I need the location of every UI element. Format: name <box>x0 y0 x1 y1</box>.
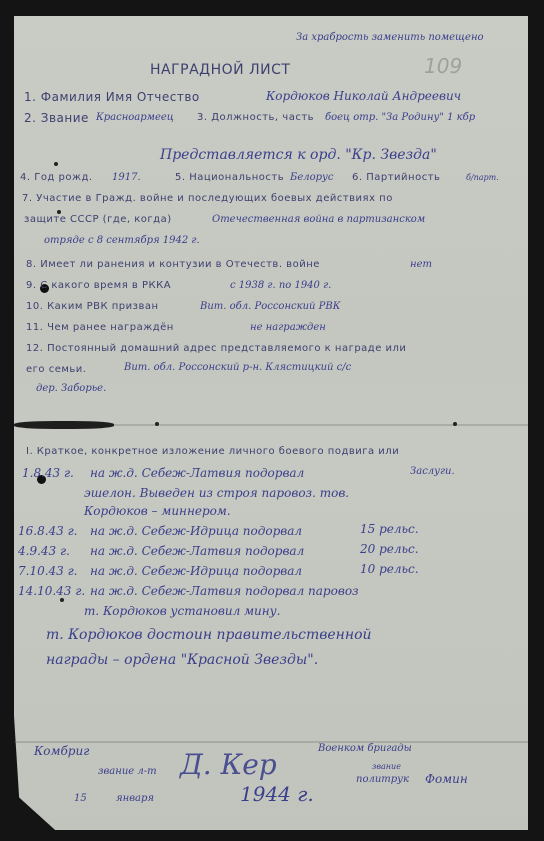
field-label-wounds: 8. Имеет ли ранения и контузии в Отечест… <box>26 259 320 270</box>
feat-date: 1.8.43 г. <box>22 466 74 480</box>
signature-commissar: Фомин <box>425 772 468 786</box>
field-label-address-a: 12. Постоянный домашний адрес представля… <box>26 343 406 354</box>
document-title: Наградной лист <box>150 62 290 78</box>
feat-extra: 10 рельс. <box>360 562 419 576</box>
field-label-birth-year: 4. Год рожд. <box>20 172 93 183</box>
archive-number: 109 <box>424 54 462 78</box>
paper-tear <box>14 421 114 429</box>
field-value-wounds: нет <box>410 259 432 270</box>
footer-left-rank: звание л-т <box>98 766 157 777</box>
footer-right-title: Военком бригады <box>318 743 412 754</box>
feat-date: 7.10.43 г. <box>18 564 78 578</box>
conclusion-line-2: награды – ордена "Красной Звезды". <box>46 652 318 668</box>
footer-right-rank-label: звание <box>372 762 401 771</box>
feat-text: на ж.д. Себеж-Идрица подорвал <box>90 564 302 578</box>
field-value-party: б/парт. <box>466 173 499 182</box>
feat-extra: 15 рельс. <box>360 522 419 536</box>
footer-right-rank: политрук <box>356 774 409 785</box>
ink-speck <box>54 162 58 166</box>
feat-text: Кордюков – миннером. <box>84 504 231 518</box>
feat-text: на ж.д. Себеж-Идрица подорвал <box>90 524 302 538</box>
field-value-rkka: с 1938 г. по 1940 г. <box>230 280 331 291</box>
field-value-name: Кордюков Николай Андреевич <box>266 89 461 103</box>
feat-date: 14.10.43 г. <box>18 584 85 598</box>
footer-left-title: Комбриг <box>34 744 89 758</box>
feat-date: 16.8.43 г. <box>18 524 78 538</box>
header-note: За храбрость заменить помещено <box>296 32 484 43</box>
field-label-service-b: защите СССР (где, когда) <box>24 214 172 225</box>
ink-speck <box>155 422 159 426</box>
feat-extra: 20 рельс. <box>360 542 419 556</box>
feat-text: на ж.д. Себеж-Латвия подорвал <box>90 466 304 480</box>
field-label-service-a: 7. Участие в Гражд. войне и последующих … <box>22 193 393 204</box>
feat-date: 4.9.43 г. <box>18 544 70 558</box>
field-value-rank: Красноармеец <box>96 112 174 123</box>
signature-commander: Д. Кер <box>180 748 277 781</box>
conclusion-line-1: т. Кордюков достоин правительственной <box>46 627 372 643</box>
field-value-position: боец отр. "За Родину" 1 кбр <box>325 112 475 123</box>
field-value-service-b: Отечественная война в партизанском <box>212 214 425 225</box>
field-label-rank: 2. Звание <box>24 111 89 125</box>
feat-extra: Заслуги. <box>410 466 455 477</box>
feat-section-header: I. Краткое, конкретное изложение личного… <box>26 446 399 457</box>
nomination-line: Представляется к орд. "Кр. Звезда" <box>160 147 437 163</box>
footer-date-year: 1944 г. <box>240 782 314 806</box>
ink-speck <box>60 598 64 602</box>
field-label-address-b: его семьи. <box>26 364 86 375</box>
field-value-address-c: дер. Заборье. <box>36 383 106 394</box>
field-label-prev-awards: 11. Чем ранее награждён <box>26 322 174 333</box>
field-value-nationality: Белорус <box>290 172 333 183</box>
field-label-rvk: 10. Каким РВК призван <box>26 301 159 312</box>
feat-text: эшелон. Выведен из строя паровоз. тов. <box>84 486 349 500</box>
field-label-name: 1. Фамилия Имя Отчество <box>24 90 200 104</box>
paper-fold-line <box>14 741 528 743</box>
footer-date-day: 15 <box>74 793 87 804</box>
feat-text: на ж.д. Себеж-Латвия подорвал паровоз <box>90 584 359 598</box>
ink-speck <box>453 422 457 426</box>
field-label-nationality: 5. Национальность <box>175 172 284 183</box>
field-value-birth-year: 1917. <box>112 172 141 183</box>
field-label-position: 3. Должность, часть <box>197 112 314 123</box>
field-value-prev-awards: не награжден <box>250 322 326 333</box>
field-value-address-b: Вит. обл. Россонский р-н. Клястицкий с/с <box>124 362 351 373</box>
feat-text: на ж.д. Себеж-Латвия подорвал <box>90 544 304 558</box>
field-label-party: 6. Партийность <box>352 172 440 183</box>
footer-date-month: января <box>116 793 154 804</box>
field-label-rkka: 9. С какого время в РККА <box>26 280 171 291</box>
field-value-service-c: отряде с 8 сентября 1942 г. <box>44 235 200 246</box>
field-value-rvk: Вит. обл. Россонский РВК <box>200 301 340 312</box>
feat-text: т. Кордюков установил мину. <box>84 604 280 618</box>
